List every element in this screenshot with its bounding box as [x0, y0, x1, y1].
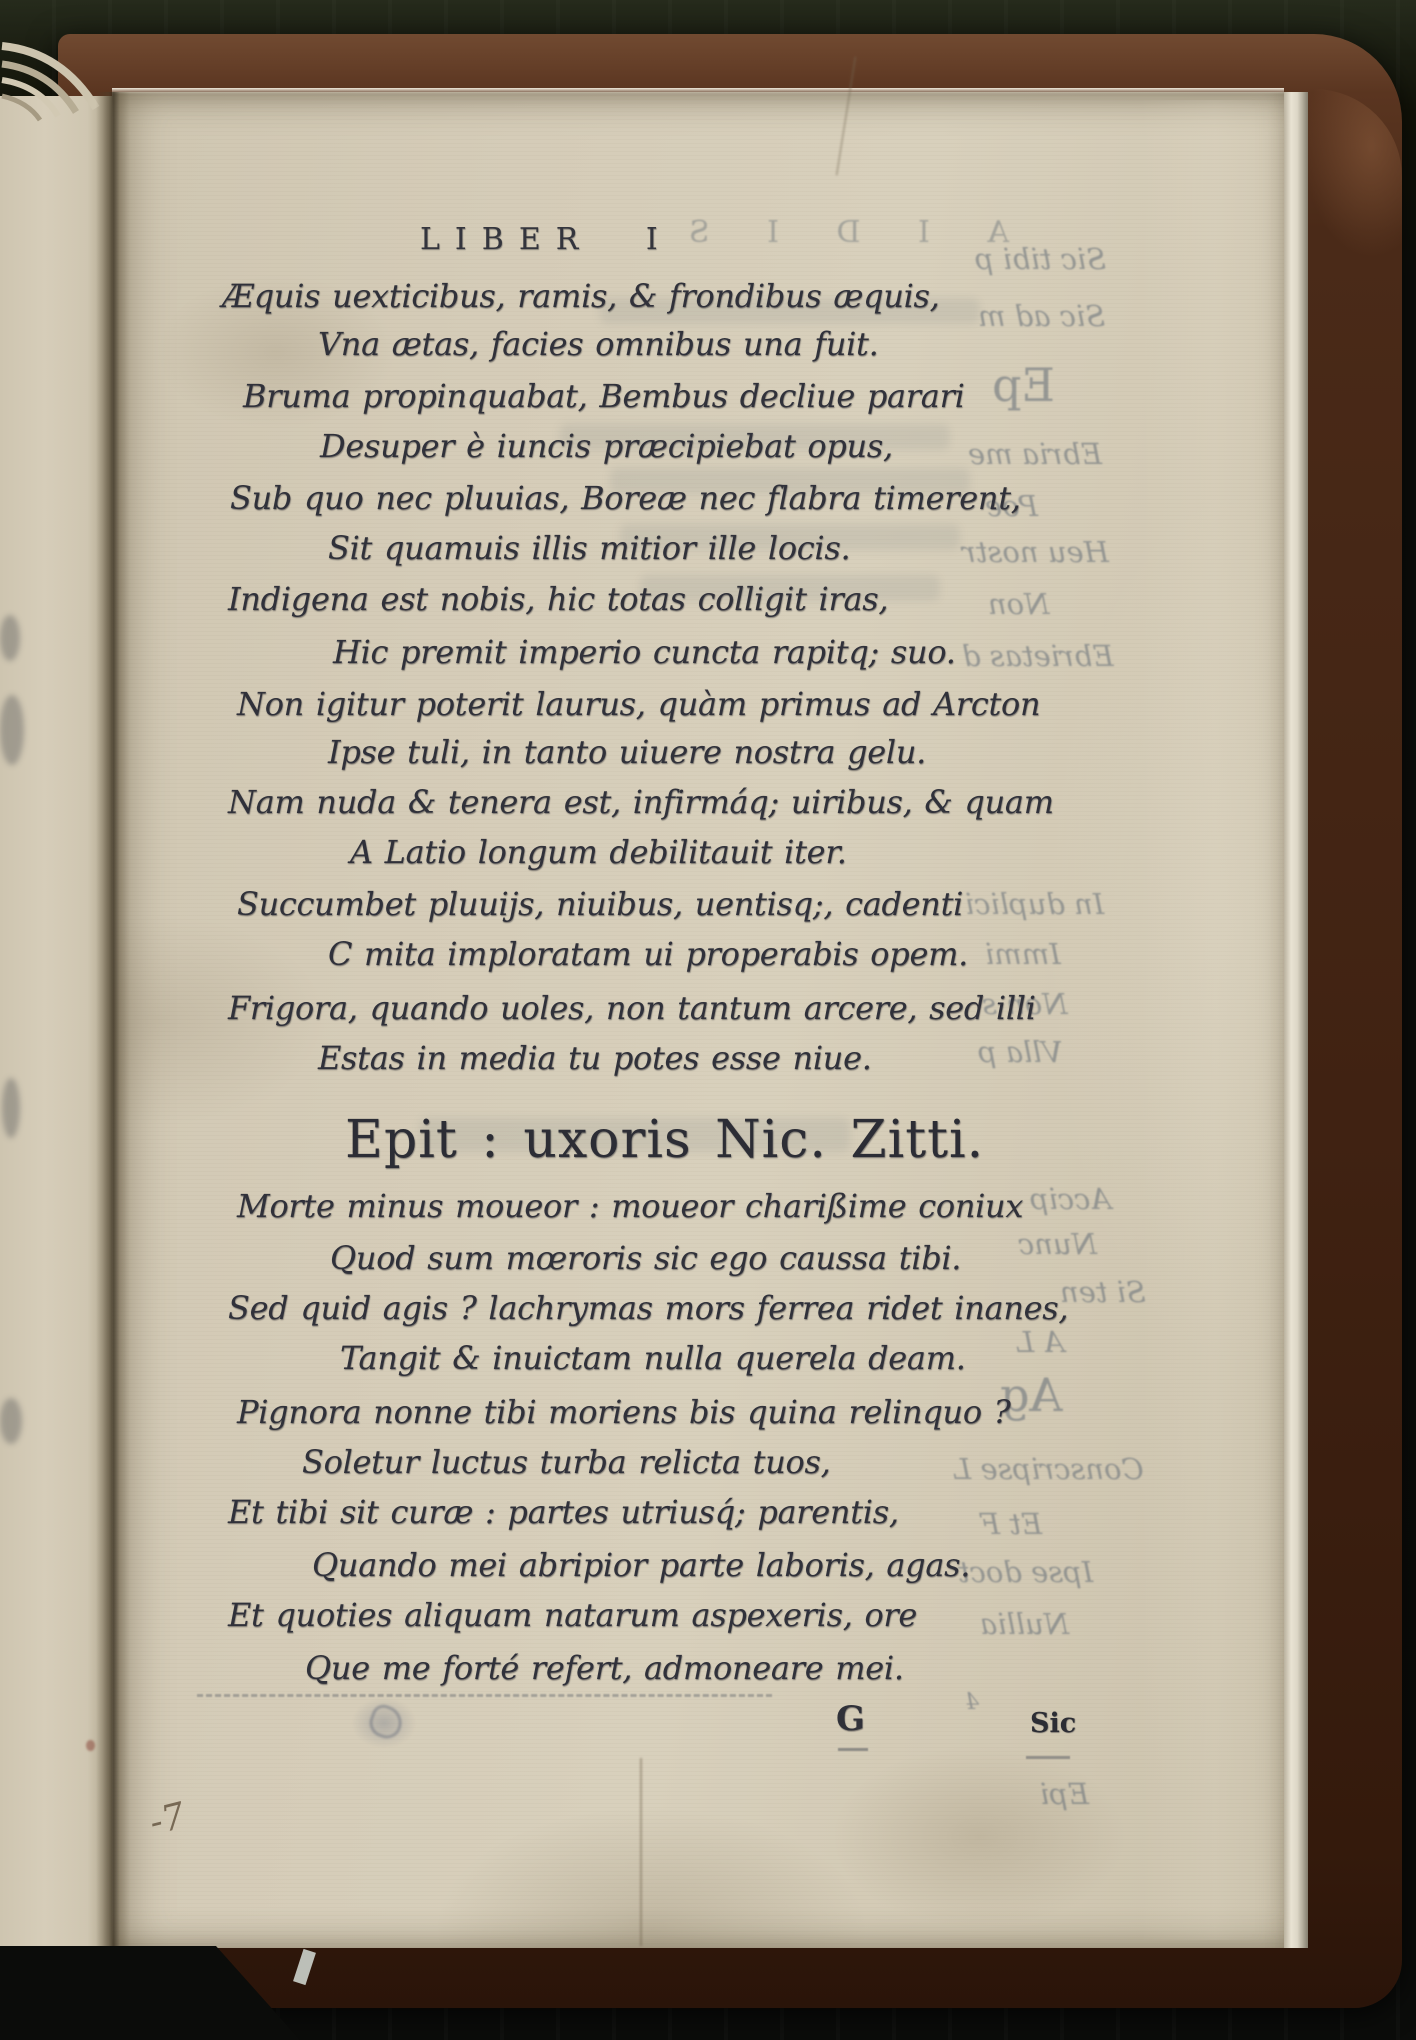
- verse-line: Bruma propinquabat, Bembus decliue parar…: [243, 380, 965, 412]
- verse-line: Sub quo nec pluuias, Boreæ nec flabra ti…: [230, 482, 1021, 514]
- paper-crease: [640, 1758, 642, 1946]
- show-through-rule: [197, 1694, 772, 1697]
- signature-mark: G: [836, 1702, 865, 1736]
- verse-line: C mita imploratam ui properabis opem.: [328, 938, 968, 970]
- show-through-text: A I D I S: [665, 218, 1009, 248]
- ink-smudge: [0, 695, 24, 765]
- verse-line: Desuper è iuncis præcipiebat opus,: [320, 430, 893, 462]
- verse-line: Sed quid agis ? lachrymas mors ferrea ri…: [228, 1292, 1068, 1324]
- show-through-text: Immi: [985, 940, 1061, 969]
- verse-line: Tangit & inuictam nulla querela deam.: [340, 1342, 966, 1374]
- show-through-text: Sic tibi p: [975, 245, 1106, 274]
- verse-line: Morte minus moueor : moueor charißime co…: [237, 1190, 1023, 1222]
- page-edge-arcs: [0, 36, 110, 122]
- ink-speck: [86, 1740, 95, 1751]
- show-through-text: Epi: [1040, 1780, 1089, 1809]
- signature-underline: [838, 1748, 868, 1751]
- show-through-text: Et F: [980, 1510, 1042, 1539]
- show-through-text: Non: [988, 590, 1050, 619]
- show-through-text: Conscripse L: [952, 1455, 1144, 1484]
- ink-smudge: [2, 1078, 20, 1138]
- show-through-text: Ebrietas d: [962, 642, 1114, 671]
- show-through-text: Accip: [1030, 1185, 1111, 1214]
- verse-line: Frigora, quando uoles, non tantum arcere…: [228, 992, 1036, 1024]
- show-through-text: Vlla p: [978, 1038, 1063, 1067]
- show-through-text: Ipse doct: [958, 1558, 1093, 1587]
- verse-line: Et tibi sit curæ : partes utriusq́; pare…: [228, 1496, 899, 1528]
- verse-line: A Latio longum debilitauit iter.: [350, 836, 847, 868]
- verse-line: Vna ætas, facies omnibus una fuit.: [318, 328, 879, 360]
- show-through-text: Nunc: [1018, 1230, 1097, 1259]
- verse-line: Æquis uexticibus, ramis, & frondibus æqu…: [222, 280, 940, 312]
- section-heading: Epit : uxoris Nic. Zitti.: [345, 1110, 984, 1170]
- verse-line: Indigena est nobis, hic totas colligit i…: [228, 583, 888, 615]
- verse-line: Quando mei abripior parte laboris, agas.: [312, 1549, 970, 1581]
- show-through-text: Ebria me: [968, 440, 1102, 469]
- verse-line: Pignora nonne tibi moriens bis quina rel…: [237, 1396, 1011, 1428]
- catchword-underline: [1026, 1756, 1070, 1759]
- verse-line: Quod sum mœroris sic ego caussa tibi.: [330, 1242, 961, 1274]
- show-through-text: Ep: [992, 362, 1055, 408]
- ink-stamp-smudge: [352, 1698, 416, 1748]
- verse-line: Non igitur poterit laurus, quàm primus a…: [237, 688, 1040, 720]
- show-through-text: In duplici: [965, 890, 1104, 919]
- show-through-text: Sic ad m: [978, 302, 1105, 331]
- verse-line: Nam nuda & tenera est, infirmáq; uiribus…: [228, 786, 1054, 818]
- show-through-text: A L: [1015, 1328, 1064, 1357]
- show-through-text: Heu nostr: [962, 538, 1109, 567]
- verse-line: Que me forté refert, admoneare mei.: [305, 1652, 904, 1684]
- show-through-text: 4: [965, 1692, 979, 1714]
- ink-smudge: [0, 1398, 22, 1444]
- verse-line: Succumbet pluuijs, niuibus, uentisq;, ca…: [237, 888, 963, 920]
- gutter: [96, 92, 130, 1948]
- show-through-text: Si ten: [1060, 1278, 1146, 1307]
- ink-smudge: [0, 615, 20, 661]
- verse-line: Estas in media tu potes esse niue.: [318, 1042, 872, 1074]
- verse-line: Ipse tuli, in tanto uiuere nostra gelu.: [328, 736, 926, 768]
- running-header: LIBER I: [420, 222, 673, 257]
- verse-line: Sit quamuis illis mitior ille locis.: [328, 532, 850, 564]
- book-photo: LIBER I A I D I S Æquis uexticibus, rami…: [0, 0, 1416, 2040]
- verse-line: Soletur luctus turba relicta tuos,: [302, 1446, 831, 1478]
- show-through-text: Nullia: [980, 1610, 1069, 1639]
- paper-sheen: [1140, 100, 1290, 1940]
- verse-line: Hic premit imperio cuncta rapitq; suo.: [333, 636, 956, 668]
- verse-line: Et quoties aliquam natarum aspexeris, or…: [228, 1599, 917, 1631]
- catchword: Sic: [1030, 1710, 1076, 1737]
